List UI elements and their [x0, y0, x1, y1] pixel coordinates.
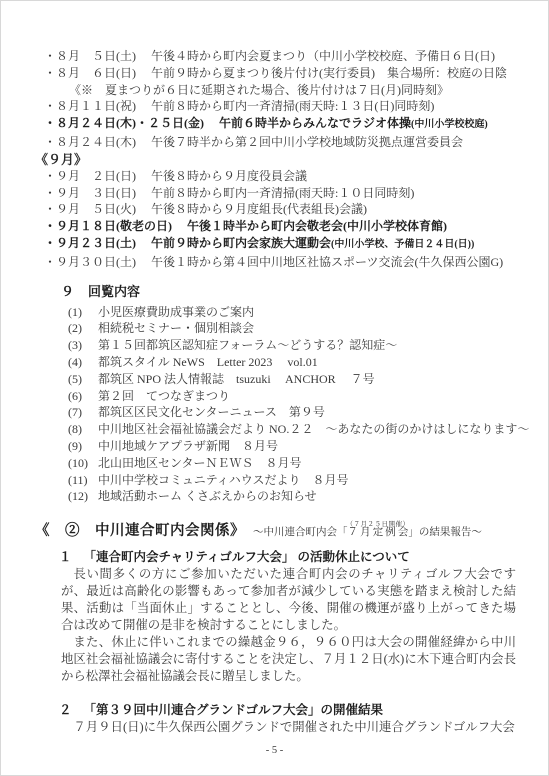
circulation-item: (8)中川地区社会福祉協議会だより NO.２２ 〜あなたの街のかけはしになります…	[35, 421, 515, 438]
circulation-item: (11)中川中学校コミュニティハウスだより ８月号	[35, 472, 515, 489]
schedule-line-venue: (中川小学校、予備日２４日(日))	[331, 239, 474, 250]
section2-subtitle-ruby-annotation: （７月２５日開催）	[346, 521, 409, 528]
schedule-line-text: ・９月 ３日(日) 午前８時から町内一斉清掃(雨天時:１０日同時刻)	[44, 186, 414, 200]
section2-subtitle-prefix: 〜中川連合町内会「	[253, 527, 348, 538]
circulation-item-number: (10)	[68, 455, 98, 472]
schedule-line-text: ・９月３０日(土) 午後１時から第４回中川地区社協スポーツ交流会(牛久保西公園G…	[44, 255, 503, 269]
circulation-item-text: 地域活動ホーム くさぶえからのお知らせ	[98, 488, 317, 505]
topic-paragraph: 長い間多くの方にご参加いただいた連合町内会のチャリティゴルフ大会ですが、最近は高…	[61, 566, 516, 634]
schedule-line-text: ・９月１８日(敬老の日) 午後１時半から町内会敬老会(中川小学校体育館)	[44, 219, 447, 233]
circulation-heading: ９回覧内容	[35, 283, 515, 301]
circulation-item-text: 都筑区区民文化センターニュース 第９号	[98, 404, 325, 421]
circulation-item-text: 中川地域ケアプラザ新聞 ８月号	[98, 438, 278, 455]
section2-subtitle-ruby-base: ７月定例会	[346, 527, 409, 538]
schedule-line: ・８月１１日(祝) 午前８時から町内一斉清掃(雨天時:１３日(日)同時刻)	[35, 98, 515, 115]
page-number: - 5 -	[1, 745, 548, 756]
schedule-line-text: ・８月 ６日(日) 午前９時から夏まつり後片付け(実行委員) 集合場所：校庭の日…	[44, 66, 507, 80]
circulation-item-number: (6)	[68, 388, 98, 405]
circulation-item: (9)中川地域ケアプラザ新聞 ８月号	[35, 438, 515, 455]
schedule-line: ・９月 ５日(火) 午後８時から９月度組長(代表組長)会議)	[35, 201, 515, 218]
circulation-heading-label: 回覧内容	[88, 284, 140, 299]
circulation-item: (7)都筑区区民文化センターニュース 第９号	[35, 404, 515, 421]
circulation-item: (3)第１５回都筑区認知症フォーラム〜どうする？認知症〜	[35, 337, 515, 354]
circulation-list: (1)小児医療費助成事業のご案内(2)相続税セミナー・個別相談会(3)第１５回都…	[35, 304, 515, 506]
schedule-line-venue: (中川小学校校庭)	[411, 119, 488, 130]
schedule-line-text: ・８月１１日(祝) 午前８時から町内一斉清掃(雨天時:１３日(日)同時刻)	[44, 99, 434, 113]
document-content: ・８月 ５日(土) 午後４時から町内会夏まつり（中川小学校校庭、予備日６日(日)…	[1, 1, 548, 736]
circulation-item-text: 第１５回都筑区認知症フォーラム〜どうする？認知症〜	[98, 337, 397, 354]
schedule-line-text: ・９月 ２日(日) 午後８時から９月度役員会議	[44, 169, 307, 183]
section2-subtitle: 〜中川連合町内会「７月定例会（７月２５日開催）」の結果報告〜	[253, 521, 482, 541]
section2-topics: １「連合町内会チャリティゴルフ大会」 の活動休止について長い間多くの方にご参加い…	[35, 548, 515, 736]
schedule-line: ・９月１８日(敬老の日) 午後１時半から町内会敬老会(中川小学校体育館)	[35, 218, 515, 235]
schedule-line: ・８月２４日(木)・２５日(金) 午前６時半からみんなでラジオ体操(中川小学校校…	[35, 115, 515, 134]
september-schedule-list: ・９月 ２日(日) 午後８時から９月度役員会議・９月 ３日(日) 午前８時から町…	[35, 168, 515, 271]
topic-title: １「連合町内会チャリティゴルフ大会」 の活動休止について	[35, 548, 515, 566]
circulation-item: (1)小児医療費助成事業のご案内	[35, 304, 515, 321]
circulation-item-number: (9)	[68, 438, 98, 455]
circulation-item-text: 第２回 てつなぎまつり	[98, 388, 230, 405]
section2-title: 《 ② 中川連合町内会関係》	[35, 521, 245, 541]
schedule-line-text: ・８月２４日(木)・２５日(金) 午前６時半からみんなでラジオ体操	[44, 116, 411, 130]
circulation-item-number: (5)	[68, 371, 98, 388]
circulation-item-number: (11)	[68, 472, 98, 489]
schedule-line-text: ・８月 ５日(土) 午後４時から町内会夏まつり（中川小学校校庭、予備日６日(日)	[44, 49, 495, 63]
topic-number: ２	[59, 703, 72, 717]
circulation-item: (6)第２回 てつなぎまつり	[35, 388, 515, 405]
schedule-line: ・８月 ５日(土) 午後４時から町内会夏まつり（中川小学校校庭、予備日６日(日)	[35, 48, 515, 65]
circulation-item: (5)都筑区 NPO 法人情報誌 tsuzuki ANCHOR ７号	[35, 371, 515, 388]
schedule-line-text: ・９月 ５日(火) 午後８時から９月度組長(代表組長)会議)	[44, 202, 367, 216]
circulation-item-number: (7)	[68, 404, 98, 421]
topic-number: １	[59, 550, 72, 564]
section2-heading-row: 《 ② 中川連合町内会関係》 〜中川連合町内会「７月定例会（７月２５日開催）」の…	[35, 521, 515, 541]
circulation-item-number: (3)	[68, 337, 98, 354]
topic-title-text: 「第３９回中川連合グランドゴルフ大会」の開催結果	[84, 703, 384, 717]
circulation-item-text: 相続税セミナー・個別相談会	[98, 320, 254, 337]
circulation-heading-number: ９	[61, 284, 74, 299]
circulation-item-text: 都筑スタイル NeWS Letter 2023 vol.01	[98, 354, 318, 371]
topic: ２「第３９回中川連合グランドゴルフ大会」の開催結果７月９日(日)に牛久保西公園グ…	[35, 701, 515, 736]
circulation-item: (12)地域活動ホーム くさぶえからのお知らせ	[35, 488, 515, 505]
circulation-item: (10)北山田地区センターＮＥＷＳ ８月号	[35, 455, 515, 472]
circulation-item-text: 都筑区 NPO 法人情報誌 tsuzuki ANCHOR ７号	[98, 371, 375, 388]
schedule-line-text: 《※ 夏まつりが６日に延期された場合、後片付けは７日(月)同時刻》	[69, 83, 449, 97]
schedule-line: ・８月２４日(木) 午後７時半から第２回中川小学校地域防災拠点運営委員会	[35, 134, 515, 151]
schedule-line: ・９月 ３日(日) 午前８時から町内一斉清掃(雨天時:１０日同時刻)	[35, 185, 515, 202]
circulation-item: (4)都筑スタイル NeWS Letter 2023 vol.01	[35, 354, 515, 371]
circulation-item-number: (8)	[68, 421, 98, 438]
schedule-line-text: ・９月２３日(土) 午前９時から町内会家族大運動会	[44, 236, 331, 250]
topic-title-text: 「連合町内会チャリティゴルフ大会」 の活動休止について	[84, 550, 410, 564]
schedule-line: ・９月３０日(土) 午後１時から第４回中川地区社協スポーツ交流会(牛久保西公園G…	[35, 254, 515, 271]
circulation-item-number: (4)	[68, 354, 98, 371]
topic-paragraph: ７月９日(日)に牛久保西公園グランドで開催された中川連合グランドゴルフ大会	[61, 719, 516, 736]
topic-paragraph: また、休止に伴いこれまでの繰越金９６，９６０円は大会の開催経緯から中川地区社会福…	[61, 634, 516, 685]
schedule-line: ・９月２３日(土) 午前９時から町内会家族大運動会(中川小学校、予備日２４日(日…	[35, 235, 515, 254]
circulation-item-number: (12)	[68, 488, 98, 505]
schedule-line: 《※ 夏まつりが６日に延期された場合、後片付けは７日(月)同時刻》	[35, 82, 515, 99]
schedule-line: ・８月 ６日(日) 午前９時から夏まつり後片付け(実行委員) 集合場所：校庭の日…	[35, 65, 515, 82]
circulation-item-text: 小児医療費助成事業のご案内	[98, 304, 254, 321]
circulation-item-text: 中川地区社会福祉協議会だより NO.２２ 〜あなたの街のかけはしになります〜	[98, 421, 529, 438]
section2-subtitle-ruby: ７月定例会（７月２５日開催）	[348, 527, 409, 538]
topic-title: ２「第３９回中川連合グランドゴルフ大会」の開催結果	[35, 701, 515, 719]
circulation-item-number: (2)	[68, 320, 98, 337]
september-heading: 《９月》	[35, 151, 515, 168]
schedule-line: ・９月 ２日(日) 午後８時から９月度役員会議	[35, 168, 515, 185]
section2-subtitle-suffix: 」の結果報告〜	[408, 527, 482, 538]
circulation-item: (2)相続税セミナー・個別相談会	[35, 320, 515, 337]
circulation-item-text: 北山田地区センターＮＥＷＳ ８月号	[98, 455, 302, 472]
august-schedule-list: ・８月 ５日(土) 午後４時から町内会夏まつり（中川小学校校庭、予備日６日(日)…	[35, 48, 515, 151]
circulation-item-text: 中川中学校コミュニティハウスだより ８月号	[98, 472, 348, 489]
topic: １「連合町内会チャリティゴルフ大会」 の活動休止について長い間多くの方にご参加い…	[35, 548, 515, 685]
document-page: ・８月 ５日(土) 午後４時から町内会夏まつり（中川小学校校庭、予備日６日(日)…	[0, 0, 549, 776]
circulation-item-number: (1)	[68, 304, 98, 321]
schedule-line-text: ・８月２４日(木) 午後７時半から第２回中川小学校地域防災拠点運営委員会	[44, 135, 463, 149]
